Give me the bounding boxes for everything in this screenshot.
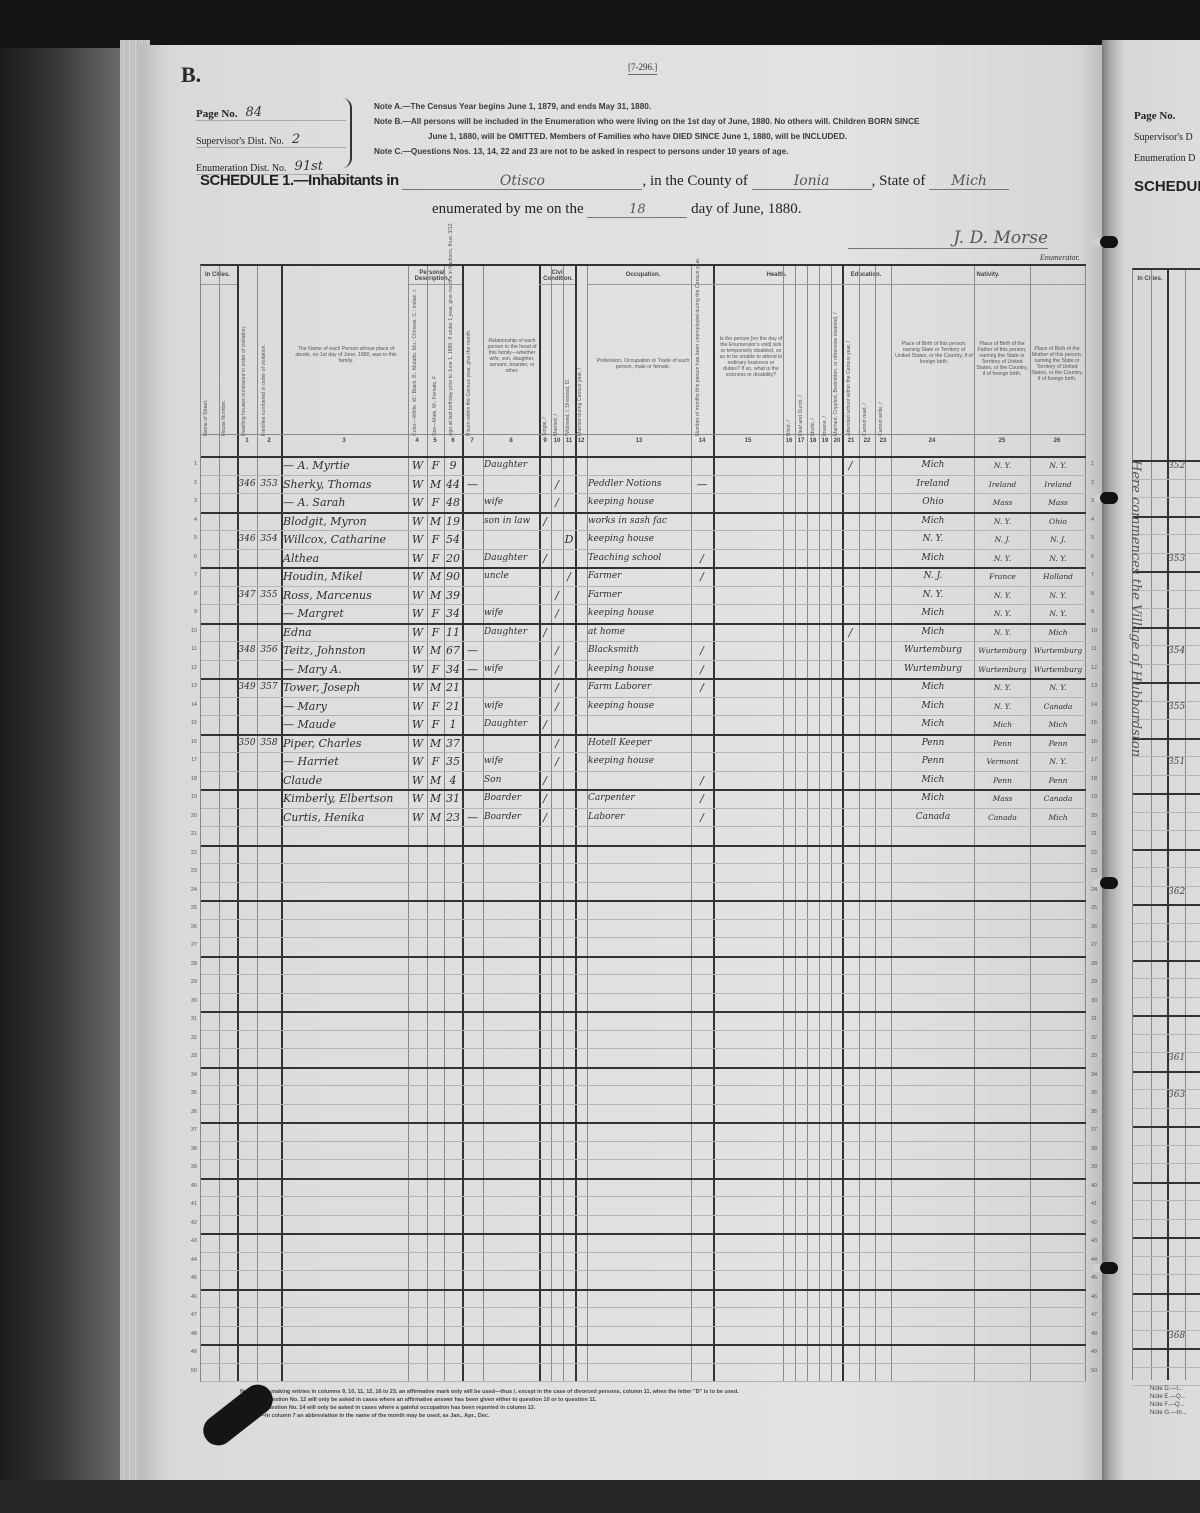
enumerated-day-field: 18: [587, 202, 687, 218]
cell-family: 358: [257, 735, 281, 752]
page-number-value: 84: [246, 105, 263, 120]
line-number-right: 31: [1091, 1016, 1101, 1022]
row-divider: [1133, 1274, 1200, 1275]
right-dwelling-number: 354: [1168, 646, 1185, 656]
row-divider: [201, 1067, 1086, 1069]
cell-school: [842, 698, 859, 715]
col-desc-12: Married during Census year, /: [577, 336, 583, 436]
line-number: 14: [181, 702, 197, 708]
sheet-letter: B.: [181, 62, 201, 88]
cell-color: W: [408, 790, 427, 807]
cell-married: [551, 772, 563, 789]
cell-dwelling: [237, 809, 257, 826]
line-number: 6: [181, 554, 197, 560]
row-divider: [201, 1381, 1086, 1382]
cell-family: [257, 494, 281, 511]
line-number: 29: [181, 979, 197, 985]
cell-single: [539, 753, 551, 770]
cell-mother-birth: Ireland: [1031, 476, 1085, 493]
col-desc-street: Name of Street.: [203, 376, 209, 436]
cell-age: 37: [444, 735, 462, 752]
col-desc-10: Married, /: [553, 386, 559, 436]
cell-dwelling: [237, 605, 257, 622]
column-number: 15: [740, 438, 756, 444]
line-number: 9: [181, 609, 197, 615]
cell-age: 11: [444, 624, 462, 641]
cell-name: Kimberly, Elbertson: [283, 790, 407, 807]
line-number: 32: [181, 1035, 197, 1041]
cell-school: [842, 513, 859, 530]
cell-mother-birth: N. Y.: [1031, 587, 1085, 604]
cell-married: /: [551, 735, 563, 752]
row-divider: [1133, 1052, 1200, 1053]
cell-born-month: [462, 753, 483, 770]
cell-family: [257, 698, 281, 715]
cell-occupation: keeping house: [588, 698, 691, 715]
cell-color: W: [408, 550, 427, 567]
col-desc-8: Relationship of each person to the head …: [486, 338, 538, 374]
cell-sick: [714, 698, 782, 715]
cell-born-month: [462, 735, 483, 752]
column-number: 26: [1049, 438, 1065, 444]
cell-sex: M: [427, 809, 444, 826]
row-divider: [201, 1159, 1086, 1160]
cell-color: W: [408, 772, 427, 789]
cell-birth: Mich: [893, 624, 973, 641]
footnote-d: Note D.—In making entries in columns 9, …: [240, 1388, 860, 1396]
cell-father-birth: Vermont: [975, 753, 1030, 770]
cell-dwelling: [237, 513, 257, 530]
cell-occupation: Teaching school: [588, 550, 691, 567]
cell-birth: Mich: [893, 772, 973, 789]
row-divider: [1133, 516, 1200, 518]
right-schedule-title: SCHEDUL: [1134, 178, 1200, 195]
cell-age: 19: [444, 513, 462, 530]
cell-widowed: [563, 587, 575, 604]
cell-name: Edna: [283, 624, 407, 641]
cell-father-birth: N. J.: [975, 531, 1030, 548]
cell-name: Ross, Marcenus: [283, 587, 407, 604]
cell-single: [539, 605, 551, 622]
right-dwelling-number: 351: [1168, 757, 1185, 767]
cell-sex: F: [427, 494, 444, 511]
cell-widowed: [563, 624, 575, 641]
cell-single: /: [539, 716, 551, 733]
binder-ring-icon: [1100, 492, 1118, 504]
cell-widowed: [563, 457, 575, 474]
right-census-table: In Cities.: [1132, 268, 1200, 1380]
line-number-right: 16: [1091, 739, 1101, 745]
cell-married-year: [575, 753, 587, 770]
row-divider: [1133, 1348, 1200, 1350]
cell-widowed: /: [563, 568, 575, 585]
row-divider: [201, 1085, 1086, 1086]
cell-unemployed: [691, 753, 713, 770]
line-number-right: 8: [1091, 591, 1101, 597]
cell-born-month: [462, 698, 483, 715]
line-number: 16: [181, 739, 197, 745]
line-number-right: 13: [1091, 683, 1101, 689]
col-desc-21: Attended school within the Census year, …: [846, 306, 852, 436]
line-number: 5: [181, 535, 197, 541]
line-number: 49: [181, 1349, 197, 1355]
brace-divider: [340, 98, 352, 168]
cell-unemployed: /: [691, 790, 713, 807]
line-number: 3: [181, 498, 197, 504]
cell-age: 34: [444, 605, 462, 622]
cell-birth: N. Y.: [893, 531, 973, 548]
cell-sick: [714, 550, 782, 567]
line-number: 43: [181, 1238, 197, 1244]
cell-mother-birth: N. Y.: [1031, 550, 1085, 567]
line-number: 40: [181, 1183, 197, 1189]
row-divider: [1133, 1200, 1200, 1201]
line-number: 44: [181, 1257, 197, 1263]
cell-sick: [714, 642, 782, 659]
cell-school: /: [842, 624, 859, 641]
line-number: 27: [181, 942, 197, 948]
cell-relation: Boarder: [484, 790, 539, 807]
col-desc-25: Place of Birth of the Father of this per…: [976, 341, 1028, 377]
cell-color: W: [408, 587, 427, 604]
right-footnote-stubs: Note D.—I... Note E.—Q... Note F.—Q... N…: [1150, 1385, 1187, 1417]
cell-dwelling: 347: [237, 587, 257, 604]
cell-age: 67: [444, 642, 462, 659]
line-number: 48: [181, 1331, 197, 1337]
cell-birth: Penn: [893, 753, 973, 770]
cell-school: [842, 790, 859, 807]
row-divider: [201, 882, 1086, 883]
cell-born-month: —: [462, 642, 483, 659]
column-number: 24: [924, 438, 940, 444]
cell-widowed: [563, 735, 575, 752]
cell-mother-birth: N. Y.: [1031, 457, 1085, 474]
state-label: , State of: [872, 173, 926, 189]
row-divider: [201, 1307, 1086, 1308]
line-number: 25: [181, 905, 197, 911]
cell-mother-birth: Wurtemburg: [1031, 642, 1085, 659]
cell-school: [842, 753, 859, 770]
row-divider: [1133, 1330, 1200, 1331]
footnotes: Note D.—In making entries in columns 9, …: [240, 1388, 860, 1420]
cell-family: 357: [257, 679, 281, 696]
line-number: 39: [181, 1164, 197, 1170]
cell-mother-birth: Mich: [1031, 716, 1085, 733]
right-footnote-d: Note D.—I...: [1150, 1385, 1187, 1393]
line-number: 35: [181, 1090, 197, 1096]
row-divider: [201, 919, 1086, 920]
cell-sick: [714, 753, 782, 770]
right-dwelling-number: 368: [1168, 1331, 1185, 1341]
line-number: 37: [181, 1127, 197, 1133]
cell-married-year: [575, 531, 587, 548]
cell-school: [842, 568, 859, 585]
cell-dwelling: [237, 624, 257, 641]
line-number-right: 1: [1091, 461, 1101, 467]
row-divider: [201, 1048, 1086, 1049]
line-number: 47: [181, 1312, 197, 1318]
row-divider: [1133, 1311, 1200, 1312]
col-desc-14: Number of months this person has been un…: [695, 286, 701, 436]
cell-sex: F: [427, 716, 444, 733]
line-number: 22: [181, 850, 197, 856]
cell-widowed: [563, 716, 575, 733]
cell-widowed: [563, 698, 575, 715]
cell-unemployed: [691, 494, 713, 511]
cell-father-birth: Canada: [975, 809, 1030, 826]
row-divider: [1133, 775, 1200, 776]
cell-relation: Son: [484, 772, 539, 789]
schedule-title-line: SCHEDULE 1.—Inhabitants in Otisco, in th…: [200, 172, 1080, 190]
line-number: 20: [181, 813, 197, 819]
line-number-right: 27: [1091, 942, 1101, 948]
cell-widowed: [563, 679, 575, 696]
cell-married: [551, 531, 563, 548]
cell-dwelling: 346: [237, 531, 257, 548]
cell-father-birth: N. Y.: [975, 457, 1030, 474]
cell-sex: F: [427, 550, 444, 567]
cell-dwelling: 348: [237, 642, 257, 659]
cell-widowed: [563, 513, 575, 530]
row-divider: [1133, 1293, 1200, 1295]
cell-name: — A. Myrtie: [283, 457, 407, 474]
cell-dwelling: [237, 772, 257, 789]
line-number-right: 6: [1091, 554, 1101, 560]
line-number: 15: [181, 720, 197, 726]
cell-sick: [714, 494, 782, 511]
cell-color: W: [408, 605, 427, 622]
column-number: 3: [336, 438, 352, 444]
cell-name: — Mary A.: [283, 661, 407, 678]
cell-school: [842, 679, 859, 696]
cell-family: 353: [257, 476, 281, 493]
line-number-right: 21: [1091, 831, 1101, 837]
row-divider: [1133, 997, 1200, 998]
line-number-right: 18: [1091, 776, 1101, 782]
line-number-right: 23: [1091, 868, 1101, 874]
cell-father-birth: Wurtemburg: [975, 661, 1030, 678]
line-number: 33: [181, 1053, 197, 1059]
cell-age: 20: [444, 550, 462, 567]
line-number-right: 47: [1091, 1312, 1101, 1318]
row-divider: [1133, 664, 1200, 665]
cell-father-birth: Mass: [975, 494, 1030, 511]
page-number-label: Page No.: [196, 108, 238, 120]
column-number: 8: [503, 438, 519, 444]
line-number: 19: [181, 794, 197, 800]
cell-sex: F: [427, 624, 444, 641]
cell-birth: Ohio: [893, 494, 973, 511]
row-divider: [201, 1252, 1086, 1253]
cell-married-year: [575, 735, 587, 752]
line-number: 45: [181, 1275, 197, 1281]
cell-birth: Canada: [893, 809, 973, 826]
cell-dwelling: [237, 568, 257, 585]
page-number-row: Page No. 84: [196, 98, 346, 121]
line-number-right: 14: [1091, 702, 1101, 708]
cell-color: W: [408, 476, 427, 493]
col-desc-11: Widowed, /, Divorced, D.: [565, 356, 571, 436]
cell-married-year: [575, 809, 587, 826]
cell-married-year: [575, 624, 587, 641]
header-notes: Note A.—The Census Year begins June 1, 1…: [374, 99, 1094, 159]
row-divider: [1133, 886, 1200, 887]
cell-age: 44: [444, 476, 462, 493]
cell-married: [551, 513, 563, 530]
cell-mother-birth: Canada: [1031, 698, 1085, 715]
cell-age: 1: [444, 716, 462, 733]
line-number-right: 50: [1091, 1368, 1101, 1374]
row-divider: [1133, 645, 1200, 646]
cell-birth: Wurtemburg: [893, 661, 973, 678]
row-divider: [1133, 627, 1200, 629]
line-number: 36: [181, 1109, 197, 1115]
cell-born-month: [462, 716, 483, 733]
row-divider: [201, 863, 1086, 864]
cell-married: /: [551, 605, 563, 622]
cell-married-year: [575, 476, 587, 493]
cell-mother-birth: N. Y.: [1031, 753, 1085, 770]
cell-father-birth: Mich: [975, 716, 1030, 733]
row-divider: [201, 1178, 1086, 1180]
page-metadata: Page No. 84 Supervisor's Dist. No. 2 Enu…: [196, 98, 346, 179]
cell-father-birth: N. Y.: [975, 587, 1030, 604]
row-divider: [1133, 849, 1200, 851]
cell-name: Piper, Charles: [283, 735, 407, 752]
cell-dwelling: [237, 661, 257, 678]
county-field: Ionia: [752, 173, 872, 190]
cell-born-month: [462, 587, 483, 604]
cell-name: — Mary: [283, 698, 407, 715]
cell-unemployed: /: [691, 809, 713, 826]
cell-name: — Margret: [283, 605, 407, 622]
cell-sick: [714, 772, 782, 789]
line-number: 18: [181, 776, 197, 782]
column-number: 6: [445, 438, 461, 444]
cell-unemployed: /: [691, 661, 713, 678]
line-number-right: 32: [1091, 1035, 1101, 1041]
cell-married: /: [551, 698, 563, 715]
cell-father-birth: N. Y.: [975, 605, 1030, 622]
cell-widowed: D: [563, 531, 575, 548]
cell-relation: son in law: [484, 513, 539, 530]
cell-born-month: [462, 568, 483, 585]
cell-school: [842, 642, 859, 659]
cell-father-birth: Penn: [975, 735, 1030, 752]
cell-father-birth: N. Y.: [975, 624, 1030, 641]
right-dwelling-number: 363: [1168, 1090, 1185, 1100]
enumeration-date-line: enumerated by me on the 18 day of June, …: [432, 201, 802, 218]
column-number: 23: [875, 438, 891, 444]
line-number: 21: [181, 831, 197, 837]
cell-married: [551, 550, 563, 567]
row-divider: [201, 900, 1086, 902]
state-field: Mich: [929, 173, 1009, 190]
cell-occupation: Farmer: [588, 568, 691, 585]
cell-widowed: [563, 790, 575, 807]
supervisor-district-row: Supervisor's Dist. No. 2: [196, 125, 346, 148]
cell-widowed: [563, 476, 575, 493]
cell-born-month: [462, 790, 483, 807]
supervisor-district-label: Supervisor's Dist. No.: [196, 136, 284, 147]
cell-single: [539, 642, 551, 659]
note-a: Note A.—The Census Year begins June 1, 1…: [374, 99, 1094, 114]
cell-relation: wife: [484, 494, 539, 511]
right-page-metadata: Page No. Supervisor's D Enumeration D: [1134, 110, 1195, 174]
row-divider: [201, 1104, 1086, 1105]
cell-school: [842, 809, 859, 826]
cell-unemployed: [691, 457, 713, 474]
row-divider: [1133, 1237, 1200, 1239]
binder-ring-icon: [1100, 877, 1118, 889]
enumerated-prefix: enumerated by me on the: [432, 201, 584, 217]
cell-name: — Harriet: [283, 753, 407, 770]
line-number-right: 2: [1091, 480, 1101, 486]
line-number-right: 4: [1091, 517, 1101, 523]
binder-ring-icon: [1100, 1262, 1118, 1274]
cell-mother-birth: Ohio: [1031, 513, 1085, 530]
cell-born-month: —: [462, 661, 483, 678]
cell-dwelling: [237, 457, 257, 474]
cell-sick: [714, 679, 782, 696]
cell-family: [257, 753, 281, 770]
line-number: 1: [181, 461, 197, 467]
cell-name: Claude: [283, 772, 407, 789]
row-divider: [1133, 479, 1200, 480]
cell-single: [539, 735, 551, 752]
line-number-right: 36: [1091, 1109, 1101, 1115]
cell-family: [257, 457, 281, 474]
row-divider: [1133, 812, 1200, 813]
cell-age: 21: [444, 679, 462, 696]
township-field: Otisco: [402, 173, 642, 190]
line-number: 50: [181, 1368, 197, 1374]
line-number-right: 38: [1091, 1146, 1101, 1152]
cell-widowed: [563, 772, 575, 789]
cell-occupation: [588, 772, 691, 789]
cell-family: [257, 661, 281, 678]
cell-birth: Mich: [893, 513, 973, 530]
cell-married: /: [551, 679, 563, 696]
line-number-right: 24: [1091, 887, 1101, 893]
line-number: 42: [181, 1220, 197, 1226]
cell-mother-birth: Mich: [1031, 624, 1085, 641]
census-table: In Cities. Personal Description. Civil C…: [200, 264, 1086, 1382]
col-desc-22: Cannot read, /: [862, 386, 868, 436]
cell-mother-birth: Mass: [1031, 494, 1085, 511]
cell-unemployed: [691, 605, 713, 622]
cell-name: Tower, Joseph: [283, 679, 407, 696]
line-number-right: 34: [1091, 1072, 1101, 1078]
right-supervisor-label: Supervisor's D: [1134, 132, 1195, 143]
cell-single: [539, 587, 551, 604]
line-number-right: 35: [1091, 1090, 1101, 1096]
cell-age: 23: [444, 809, 462, 826]
row-divider: [1133, 534, 1200, 535]
cell-name: — A. Sarah: [283, 494, 407, 511]
cell-relation: Boarder: [484, 809, 539, 826]
cell-unemployed: [691, 716, 713, 733]
col-desc-18: Idiotic, /: [810, 406, 816, 436]
cell-occupation: keeping house: [588, 661, 691, 678]
group-header-in-cities: In Cities.: [201, 272, 234, 278]
col-desc-19: Insane, /: [822, 406, 828, 436]
line-number-right: 19: [1091, 794, 1101, 800]
cell-relation: wife: [484, 661, 539, 678]
line-number: 30: [181, 998, 197, 1004]
cell-born-month: [462, 457, 483, 474]
cell-relation: wife: [484, 698, 539, 715]
